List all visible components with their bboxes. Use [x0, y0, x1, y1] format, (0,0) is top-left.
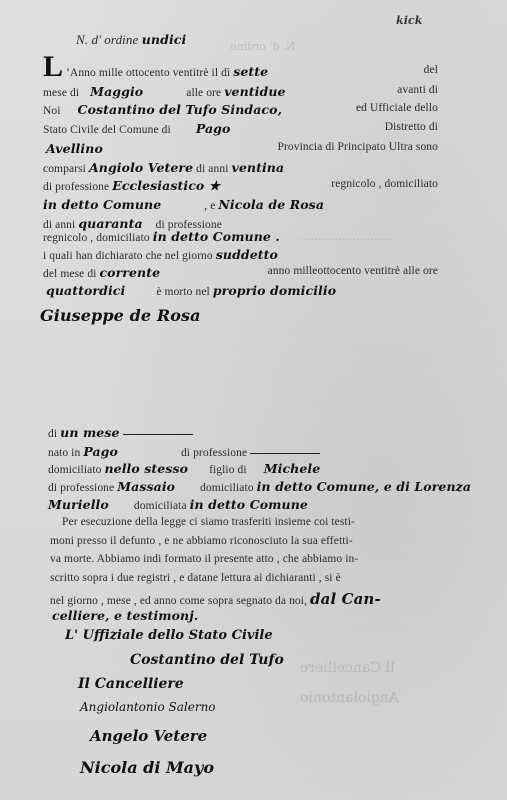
handwritten-profession: Ecclesiastico ★	[112, 178, 220, 193]
signature-chancellor: Angiolantonio Salerno	[80, 700, 216, 714]
text-line: domiciliato nello stesso figlio di Miche…	[48, 461, 320, 476]
record-number-value: undici	[142, 32, 187, 47]
margin-note: kick	[396, 14, 423, 27]
handwritten-declarant-1: Angiolo Vetere	[89, 160, 193, 175]
text-line: Muriello domiciliata in detto Comune	[48, 497, 308, 512]
printed-text: nato in	[48, 447, 80, 459]
printed-text: domiciliata	[134, 500, 187, 512]
text-line: Stato Civile del Comune di Pago Distrett…	[43, 121, 438, 136]
handwritten-residence: nello stesso	[104, 461, 188, 476]
blank-line	[250, 452, 320, 454]
handwritten-place-of-death: proprio domicilio	[213, 283, 336, 298]
handwritten-deceased-name: Giuseppe de Rosa	[40, 306, 201, 325]
handwritten-day: suddetto	[216, 247, 278, 262]
text-line: Per esecuzione della legge ci siamo tras…	[62, 516, 355, 528]
printed-text: di	[48, 428, 57, 440]
handwritten-text: celliere, e testimonj.	[52, 608, 198, 623]
text-line: ’Anno mille ottocento ventitrè il dì set…	[66, 64, 438, 79]
handwritten-mayor-name: Costantino del Tufo Sindaco,	[78, 102, 283, 117]
text-line: i quali han dichiarato che nel giorno su…	[43, 247, 278, 262]
printed-text: Provincia di Principato Ultra sono	[277, 141, 438, 153]
printed-text: Noi	[43, 105, 61, 117]
bleed-through-text: N. d' ordine	[230, 40, 296, 53]
text-line: mese di Maggio alle ore ventidue avanti …	[43, 84, 438, 99]
text-line: Noi Costantino del Tufo Sindaco, ed Uffi…	[43, 102, 438, 117]
handwritten-residence: in detto Comune	[190, 497, 308, 512]
handwritten-profession: Massaio	[117, 479, 175, 494]
handwritten-month: corrente	[99, 265, 160, 280]
handwritten-text: dal Can-	[310, 590, 381, 608]
text-line: del mese di corrente anno milleottocento…	[43, 265, 438, 280]
handwritten-declarant-2: Nicola de Rosa	[218, 197, 324, 212]
printed-text: Distretto di	[385, 121, 438, 133]
text-line: scritto sopra i due registri , e datane …	[50, 572, 341, 584]
signature-witness-2: Nicola di Mayo	[80, 758, 214, 777]
printed-text: regnicolo , domiciliato	[331, 178, 438, 190]
printed-text: regnicolo , domiciliato	[43, 232, 150, 244]
text-line: in detto Comune , e Nicola de Rosa	[43, 197, 324, 212]
record-number: N. d' ordine undici	[76, 32, 186, 48]
handwritten-mother-surname: Muriello	[48, 497, 109, 512]
handwritten-residence: in detto Comune .	[153, 229, 280, 244]
signature-mayor: Costantino del Tufo	[130, 652, 284, 668]
document-page: N. d' ordine .......................... …	[0, 0, 507, 800]
text-line: Avellino Provincia di Principato Ultra s…	[46, 141, 438, 156]
text-line: quattordici è morto nel proprio domicili…	[46, 283, 336, 298]
handwritten-month: Maggio	[90, 84, 143, 99]
handwritten-father-residence-mother: in detto Comune, e di Lorenza	[257, 479, 471, 494]
signature-chancellor-title: Il Cancelliere	[78, 676, 184, 692]
bleed-through-signature: Il Cancelliere	[300, 660, 395, 676]
printed-text: i quali han dichiarato che nel giorno	[43, 250, 213, 262]
printed-text: mese di	[43, 87, 79, 99]
printed-text: domiciliato	[200, 482, 253, 494]
record-number-label: N. d' ordine	[76, 32, 138, 47]
handwritten-age: un mese	[60, 425, 119, 440]
dropcap-letter: L	[43, 52, 63, 82]
printed-text: di professione	[48, 482, 114, 494]
handwritten-hour: ventidue	[224, 84, 285, 99]
printed-text: è morto nel	[156, 286, 209, 298]
text-line: nato in Pago di professione	[48, 444, 320, 459]
printed-text: di professione	[43, 181, 109, 193]
signature-witness-1: Angelo Vetere	[90, 727, 207, 745]
text-line: di professione Ecclesiastico ★ regnicolo…	[43, 178, 438, 193]
printed-text: anno milleottocento ventitrè alle ore	[268, 265, 438, 277]
handwritten-day: sette	[233, 64, 268, 79]
printed-text: , e	[204, 200, 215, 212]
handwritten-birthplace: Pago	[83, 444, 118, 459]
printed-text: ’Anno mille ottocento ventitrè il dì	[66, 67, 230, 79]
text-line: moni presso il defunto , e ne abbiamo ri…	[50, 535, 353, 547]
text-line: regnicolo , domiciliato in detto Comune …	[43, 229, 280, 244]
signature-officer-title: L' Uffiziale dello Stato Civile	[65, 628, 273, 643]
blank-line	[123, 433, 193, 435]
text-line: comparsi Angiolo Vetere di anni ventina	[43, 160, 284, 175]
printed-text: figlio di	[209, 464, 247, 476]
handwritten-town: Pago	[196, 121, 231, 136]
text-line: di un mese	[48, 425, 193, 440]
text-line: di professione Massaio domiciliato in de…	[48, 479, 471, 494]
printed-text: avanti di	[397, 84, 438, 96]
printed-text: comparsi	[43, 163, 86, 175]
handwritten-father-name: Michele	[264, 461, 321, 476]
printed-text: alle ore	[186, 87, 221, 99]
printed-text: ed Ufficiale dello	[356, 102, 438, 114]
handwritten-residence: in detto Comune	[43, 197, 161, 212]
text-line: va morte. Abbiamo indi formato il presen…	[50, 553, 358, 565]
handwritten-hour: quattordici	[46, 283, 125, 298]
printed-text: Stato Civile del Comune di	[43, 124, 171, 136]
printed-text: di anni	[196, 163, 228, 175]
printed-text: domiciliato	[48, 464, 101, 476]
bleed-through-signature: Angiolantonio	[300, 690, 399, 706]
handwritten-district: Avellino	[46, 141, 103, 156]
handwritten-age: ventina	[231, 160, 284, 175]
bleed-through-text: ..........................	[300, 230, 391, 243]
printed-text: di professione	[181, 447, 247, 459]
printed-text: del	[424, 64, 438, 76]
printed-text: nel giorno , mese , ed anno come sopra s…	[50, 595, 307, 607]
text-line: nel giorno , mese , ed anno come sopra s…	[50, 590, 381, 608]
printed-text: del mese di	[43, 268, 96, 280]
